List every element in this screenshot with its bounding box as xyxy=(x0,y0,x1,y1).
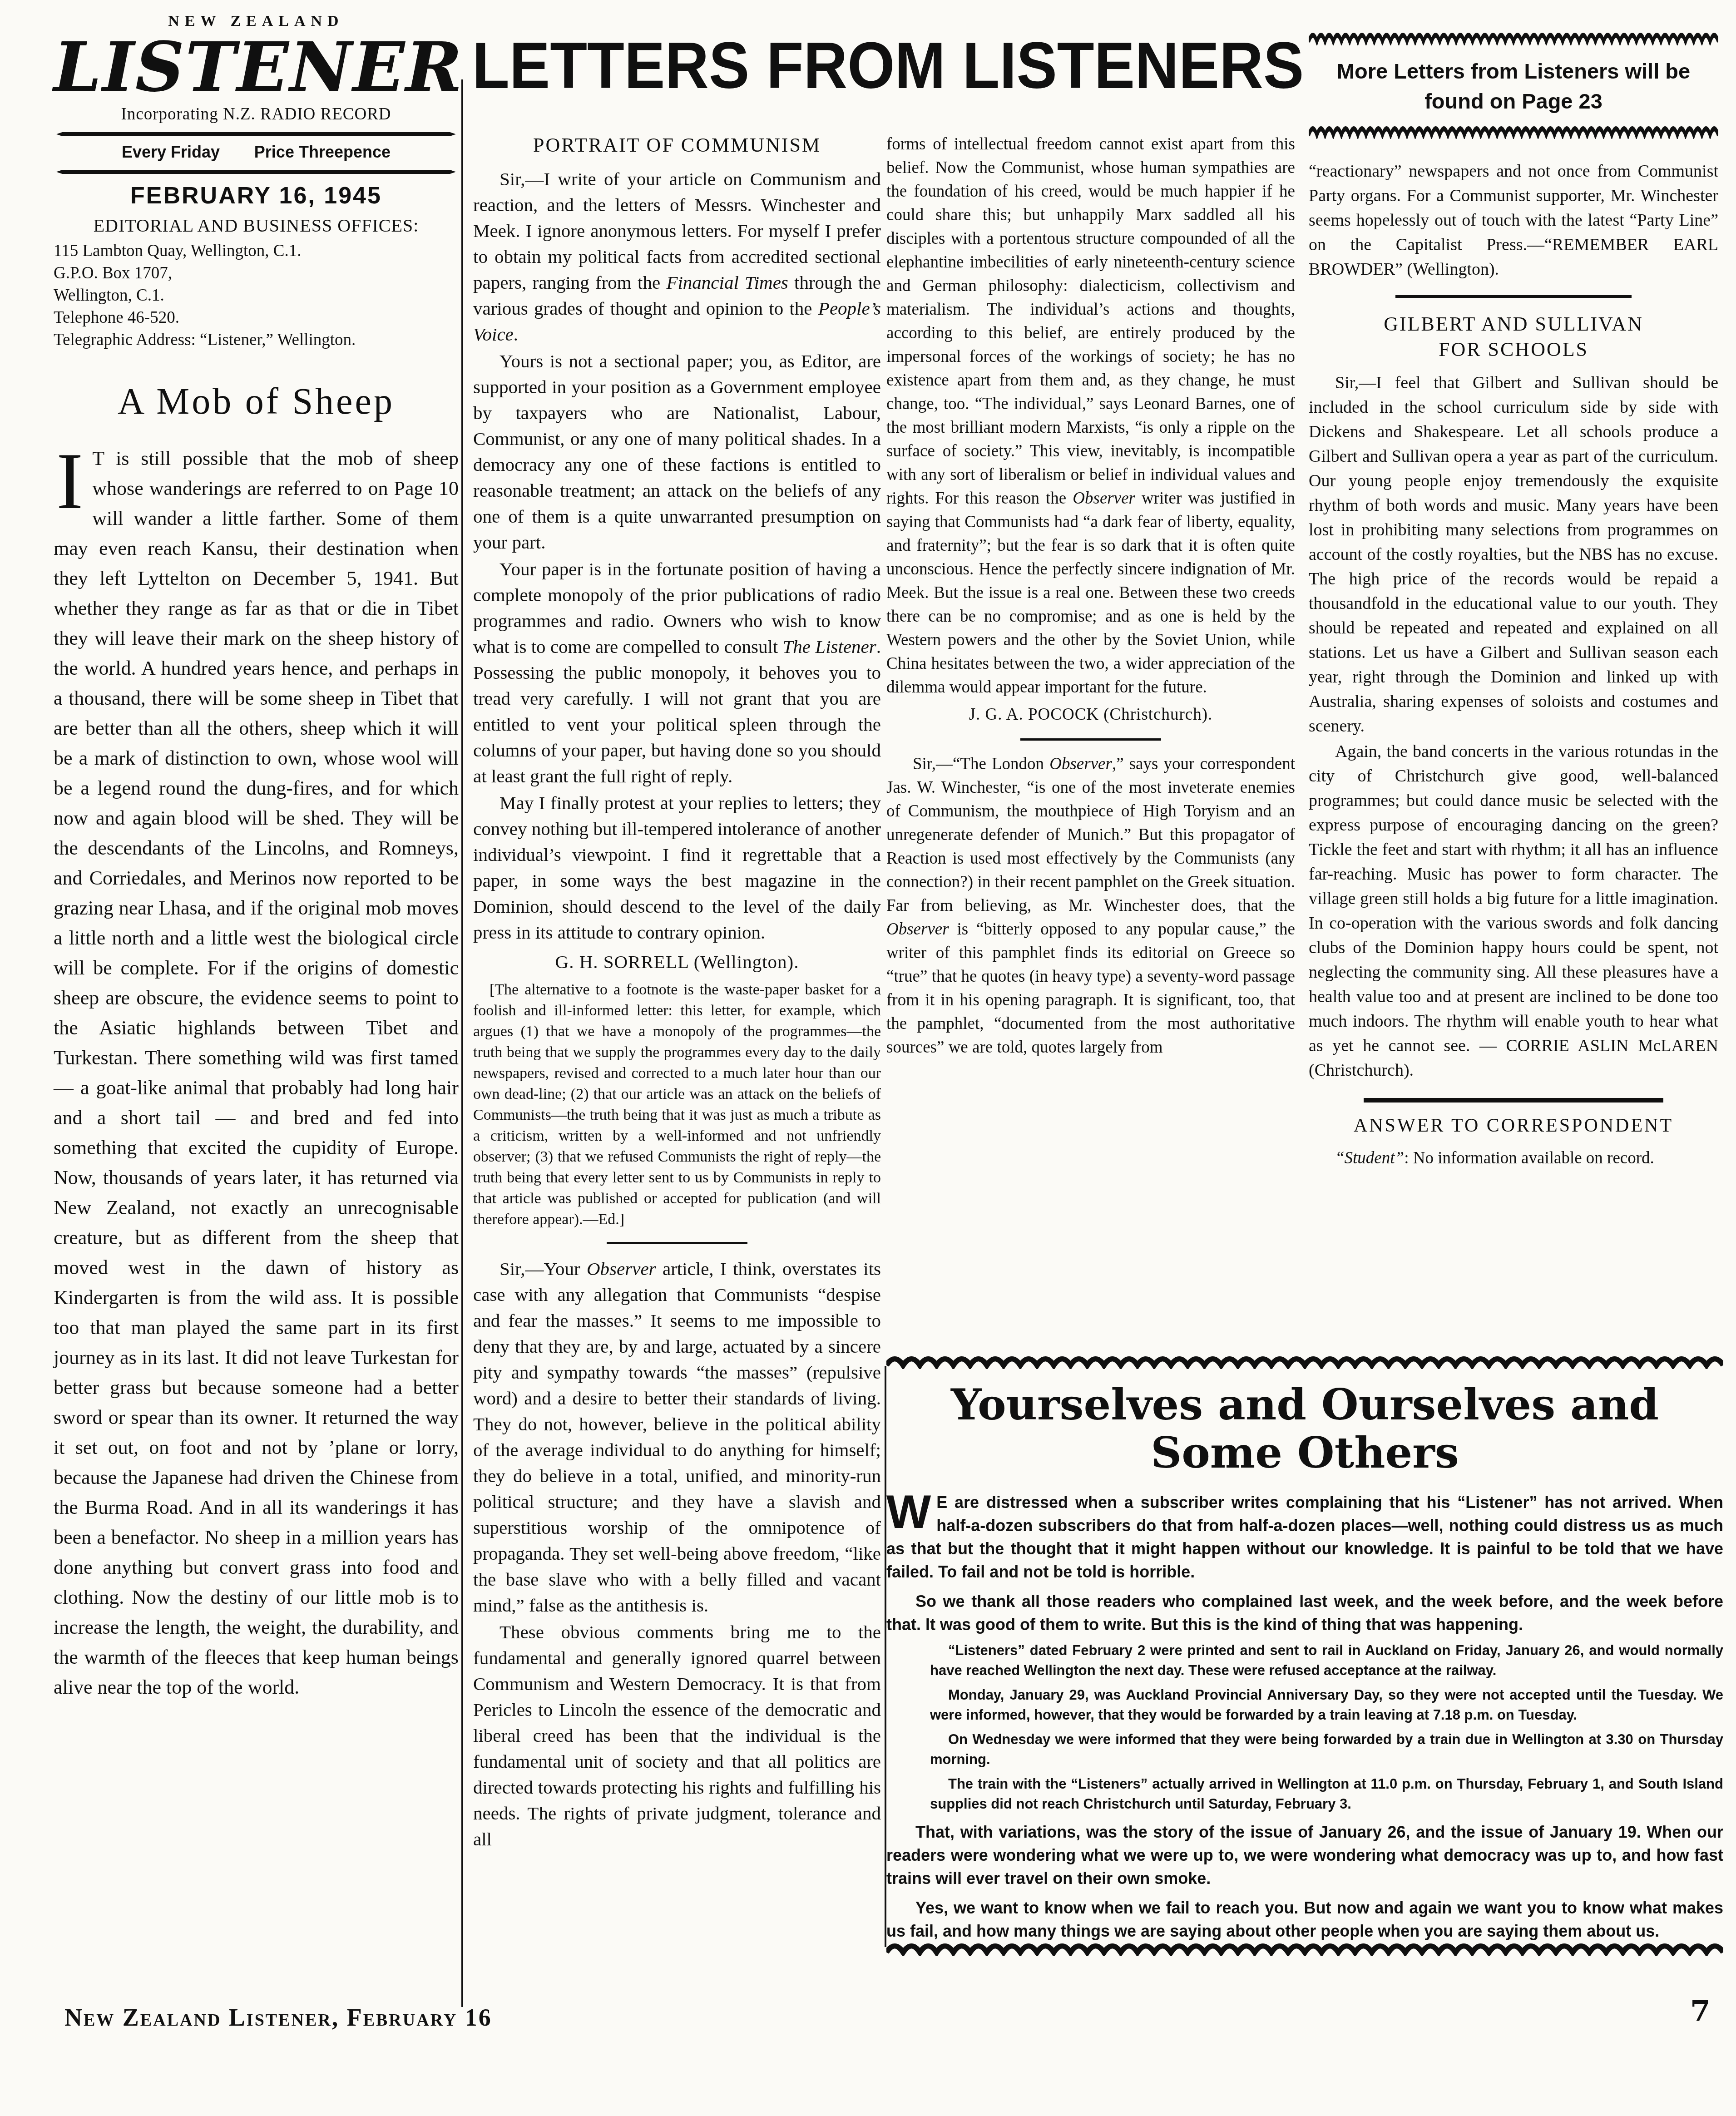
editorial-dropcap: I xyxy=(54,444,92,513)
box-sub-paragraph: On Wednesday we were informed that they … xyxy=(886,1730,1723,1770)
center-column-1: PORTRAIT OF COMMUNISM Sir,—I write of yo… xyxy=(473,133,881,2012)
editorial-title: A Mob of Sheep xyxy=(54,380,459,423)
letter-paragraph: Yours is not a sectional paper; you, as … xyxy=(473,348,881,555)
footer-publication-line: New Zealand Listener, February 16 xyxy=(64,2003,492,2032)
letter-paragraph-continuation: forms of intellectual freedom cannot exi… xyxy=(886,133,1295,699)
right-column: More Letters from Listeners will be foun… xyxy=(1309,32,1718,1349)
answer-body: “Student”: No information available on r… xyxy=(1309,1146,1718,1171)
heading-line: GILBERT AND SULLIVAN xyxy=(1384,313,1643,335)
box-dropcap: W xyxy=(886,1491,936,1532)
center-column-2: forms of intellectual freedom cannot exi… xyxy=(886,133,1295,1345)
letter-paragraph: Sir,—Your Observer article, I think, ove… xyxy=(473,1256,881,1618)
wavy-rule xyxy=(1309,32,1718,45)
address-line: Telegraphic Address: “Listener,” Welling… xyxy=(54,329,459,351)
issue-date: FEBRUARY 16, 1945 xyxy=(54,182,459,209)
letter-paragraph: May I finally protest at your replies to… xyxy=(473,790,881,945)
box-sub-paragraph: Monday, January 29, was Auckland Provinc… xyxy=(886,1685,1723,1725)
box-paragraph: That, with variations, was the story of … xyxy=(886,1820,1723,1890)
letter-paragraph: Your paper is in the fortunate position … xyxy=(473,556,881,789)
address-line: Telephone 46-520. xyxy=(54,307,459,329)
newspaper-page: NEW ZEALAND LISTENER Incorporating N.Z. … xyxy=(0,0,1736,2116)
letter-signature: G. H. SORRELL (Wellington). xyxy=(473,949,881,975)
frequency-label: Every Friday xyxy=(122,143,220,162)
wavy-rule xyxy=(1309,125,1718,139)
issue-row: Every Friday Price Threepence xyxy=(54,143,459,162)
box-lead-text: E are distressed when a subscriber write… xyxy=(886,1493,1723,1581)
masthead-subtitle: Incorporating N.Z. RADIO RECORD xyxy=(54,104,459,124)
letter-paragraph-continuation: “reactionary” newspapers and not once fr… xyxy=(1309,159,1718,282)
wavy-rule xyxy=(886,1355,1723,1369)
letter-signature: J. G. A. POCOCK (Christchurch). xyxy=(886,703,1295,727)
yourselves-box: Yourselves and Ourselves and Some Others… xyxy=(886,1355,1723,1957)
box-title: Yourselves and Ourselves and Some Others xyxy=(886,1381,1723,1477)
letter-paragraph: Sir,—I feel that Gilbert and Sullivan sh… xyxy=(1309,371,1718,738)
footer-page-number: 7 xyxy=(1690,1994,1711,2028)
address-line: 115 Lambton Quay, Wellington, C.1. xyxy=(54,240,459,262)
letter-divider-rule xyxy=(607,1242,747,1244)
box-lead-paragraph: WE are distressed when a subscriber writ… xyxy=(886,1491,1723,1583)
section-divider-rule xyxy=(1364,1098,1663,1102)
left-column: NEW ZEALAND LISTENER Incorporating N.Z. … xyxy=(54,13,459,1702)
box-sub-paragraph: The train with the “Listeners” actually … xyxy=(886,1774,1723,1814)
column-divider-rule xyxy=(461,79,463,2007)
box-sub-paragraph: “Listeners” dated February 2 were printe… xyxy=(886,1641,1723,1681)
masthead-logo: LISTENER xyxy=(54,31,459,104)
heading-line: FOR SCHOOLS xyxy=(1439,338,1588,361)
masthead-rule-top xyxy=(56,132,456,136)
letter-divider-rule xyxy=(1395,295,1632,298)
letter-heading-portrait: PORTRAIT OF COMMUNISM xyxy=(473,133,881,158)
masthead-rule-bottom xyxy=(56,170,456,174)
price-label: Price Threepence xyxy=(254,143,391,162)
answer-heading: ANSWER TO CORRESPONDENT xyxy=(1309,1113,1718,1138)
editorial-body: IT is still possible that the mob of she… xyxy=(54,444,459,1702)
address-line: Wellington, C.1. xyxy=(54,284,459,307)
letter-heading-gilbert: GILBERT AND SULLIVAN FOR SCHOOLS xyxy=(1309,311,1718,362)
address-line: G.P.O. Box 1707, xyxy=(54,262,459,284)
box-title-line: Some Others xyxy=(1151,1428,1459,1478)
wavy-rule xyxy=(886,1943,1723,1956)
more-letters-text: More Letters from Listeners will be foun… xyxy=(1309,45,1718,125)
letter-divider-rule xyxy=(1020,738,1161,741)
letter-paragraph: Sir,—I write of your article on Communis… xyxy=(473,166,881,347)
letter-paragraph: Again, the band concerts in the various … xyxy=(1309,739,1718,1083)
box-title-line: Yourselves and Ourselves and xyxy=(951,1380,1659,1430)
masthead: NEW ZEALAND LISTENER Incorporating N.Z. … xyxy=(54,13,459,351)
editorial-text: T is still possible that the mob of shee… xyxy=(54,447,459,1698)
letters-section-headline: LETTERS FROM LISTENERS xyxy=(472,28,1295,103)
box-paragraph: So we thank all those readers who compla… xyxy=(886,1590,1723,1636)
letter-paragraph: Sir,—“The London Observer,” says your co… xyxy=(886,752,1295,1059)
offices-address: 115 Lambton Quay, Wellington, C.1. G.P.O… xyxy=(54,240,459,351)
editor-note: [The alternative to a footnote is the wa… xyxy=(473,979,881,1230)
more-letters-notice: More Letters from Listeners will be foun… xyxy=(1309,32,1718,139)
offices-heading: EDITORIAL AND BUSINESS OFFICES: xyxy=(54,215,459,236)
letter-paragraph: These obvious comments bring me to the f… xyxy=(473,1619,881,1852)
box-paragraph: Yes, we want to know when we fail to rea… xyxy=(886,1896,1723,1943)
